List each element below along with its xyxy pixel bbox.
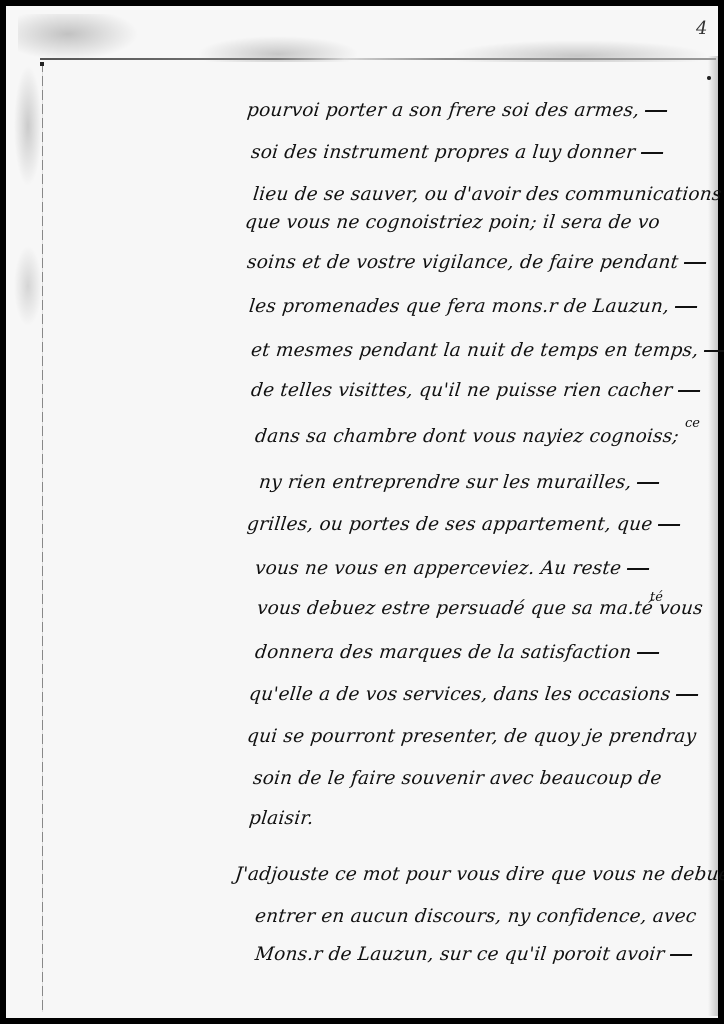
- manuscript-line: ny rien entreprendre sur les murailles,: [258, 472, 661, 493]
- line-filler-dash: [627, 568, 649, 570]
- line-filler-dash: [637, 652, 659, 654]
- manuscript-line: vous ne vous en apperceviez. Au reste: [254, 558, 650, 579]
- line-filler-dash: [676, 694, 698, 696]
- manuscript-line: les promenades que fera mons.r de Lauzun…: [248, 296, 698, 317]
- manuscript-line: J'adjouste ce mot pour vous dire que vou…: [234, 864, 724, 885]
- line-filler-dash: [641, 152, 663, 154]
- manuscript-line: de telles visittes, qu'il ne puisse rien…: [250, 380, 701, 401]
- interlinear-insertion: ce: [685, 416, 700, 431]
- manuscript-line: qu'elle a de vos services, dans les occa…: [248, 684, 700, 705]
- manuscript-line: soi des instrument propres a luy donner: [250, 142, 664, 163]
- line-filler-dash: [670, 954, 692, 956]
- line-filler-dash: [658, 524, 680, 526]
- line-filler-dash: [645, 110, 667, 112]
- manuscript-line: plaisir.: [248, 808, 315, 829]
- line-filler-dash: [675, 306, 697, 308]
- manuscript-line: soin de le faire souvenir avec beaucoup …: [252, 768, 663, 789]
- manuscript-line: soins et de vostre vigilance, de faire p…: [246, 252, 708, 273]
- manuscript-line: vous debuez estre persuadé que sa ma.té …: [256, 598, 704, 619]
- manuscript-line: donnera des marques de la satisfaction: [254, 642, 660, 663]
- line-filler-dash: [704, 350, 724, 352]
- manuscript-line: que vous ne cognoistriez poin; il sera d…: [244, 212, 661, 233]
- line-filler-dash: [637, 482, 659, 484]
- manuscript-line: pourvoi porter a son frere soi des armes…: [246, 100, 668, 121]
- manuscript-line: et mesmes pendant la nuit de temps en te…: [250, 340, 724, 361]
- line-filler-dash: [684, 262, 706, 264]
- manuscript-line: dans sa chambre dont vous nayiez cognois…: [254, 426, 680, 447]
- manuscript-line: Mons.r de Lauzun, sur ce qu'il poroit av…: [254, 944, 694, 965]
- line-filler-dash: [678, 390, 700, 392]
- manuscript-text: pourvoi porter a son frere soi des armes…: [0, 0, 724, 1024]
- manuscript-line: qui se pourront presenter, de quoy je pr…: [246, 726, 697, 747]
- interlinear-insertion: té: [650, 590, 663, 605]
- manuscript-line: lieu de se sauver, ou d'avoir des commun…: [252, 184, 723, 205]
- manuscript-line: grilles, ou portes de ses appartement, q…: [246, 514, 682, 535]
- manuscript-line: entrer en aucun discours, ny confidence,…: [254, 906, 698, 927]
